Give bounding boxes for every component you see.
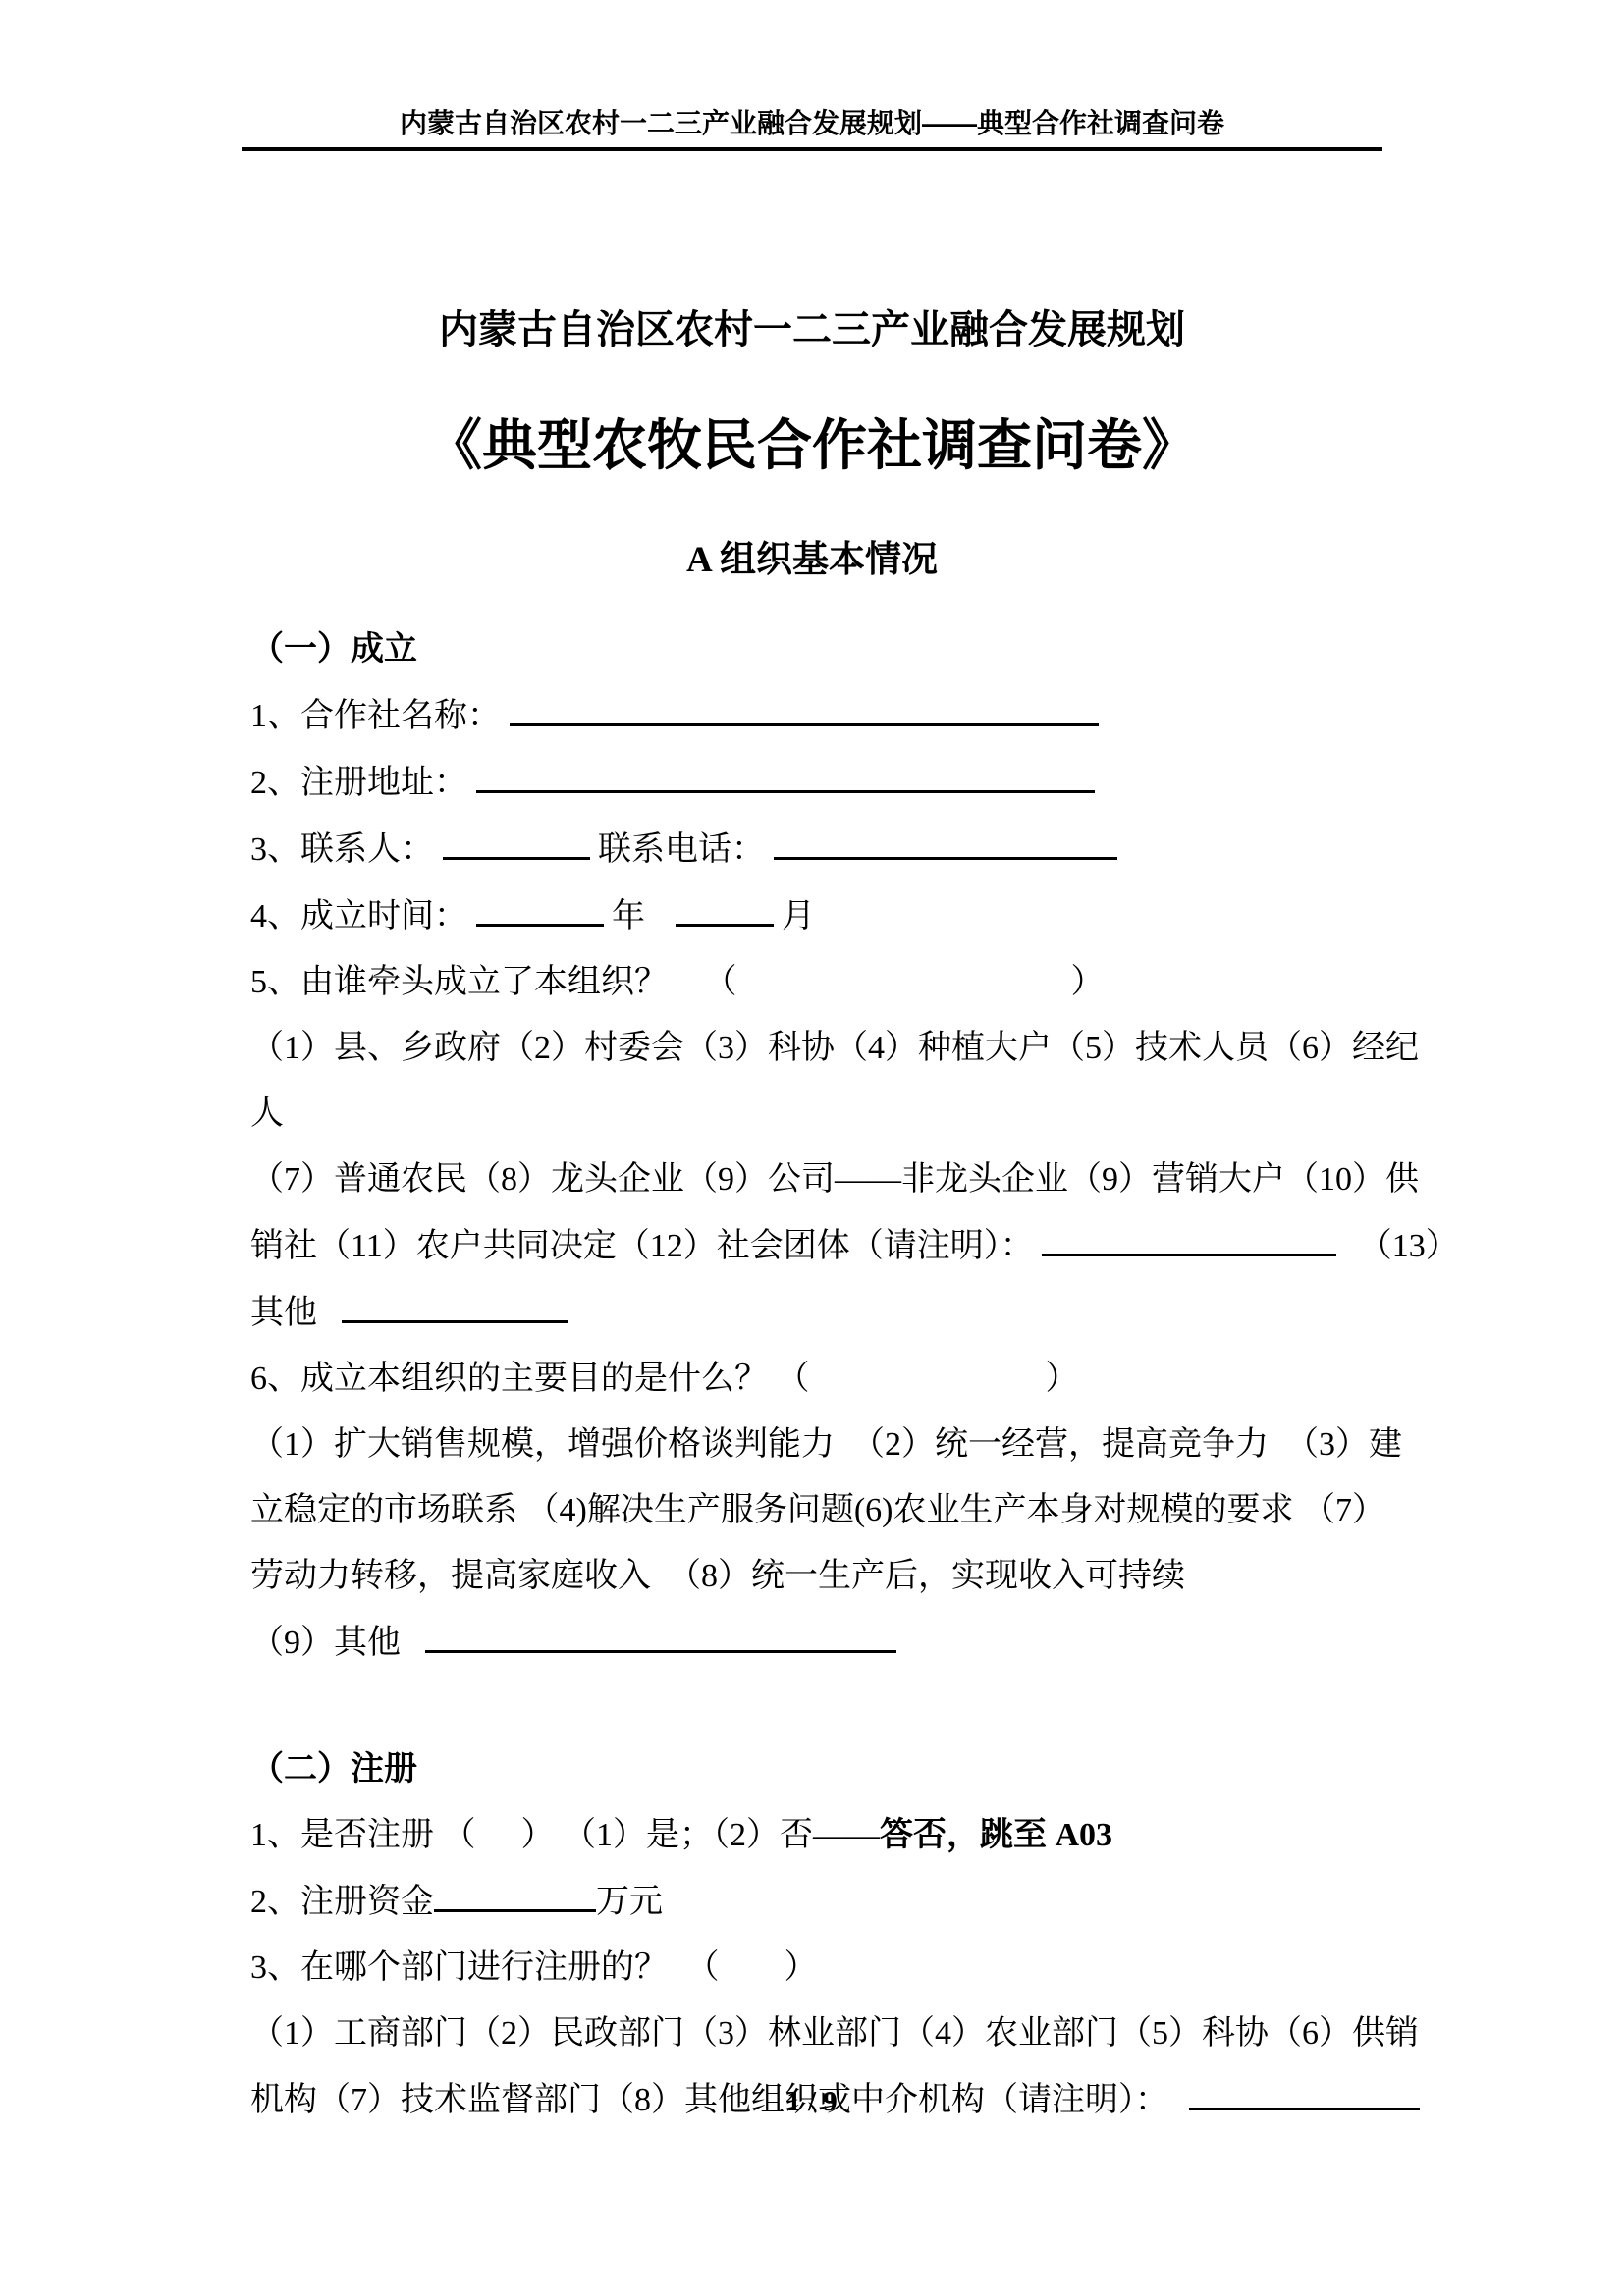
founding-year-blank[interactable]	[476, 882, 604, 927]
q6-option9: （9）其他	[250, 1609, 1381, 1676]
registered-address-blank[interactable]	[476, 749, 1095, 793]
paren-close: ）	[785, 1949, 818, 1986]
founding-date-label: 4、成立时间：	[250, 898, 467, 934]
question-registered-address: 2、注册地址：	[250, 749, 1381, 816]
paren-open: （	[686, 1949, 720, 1986]
q5-options-line5: 其他	[250, 1279, 1381, 1346]
q5-options-line1: （1）县、乡政府（2）村委会（3）科协（4）种植大户（5）技术人员（6）经纪	[250, 1015, 1381, 1081]
is-registered-options: （1）是；（2）否——	[563, 1817, 880, 1853]
cooperative-name-blank[interactable]	[510, 682, 1099, 726]
r3-options-line1: （1）工商部门（2）民政部门（3）林业部门（4）农业部门（5）科协（6）供销	[250, 2001, 1381, 2066]
q5-other-blank[interactable]	[342, 1279, 568, 1323]
paren-open: （	[704, 964, 737, 1000]
header-rule	[242, 147, 1382, 151]
paren-open: （	[443, 1817, 476, 1853]
q5-options-line2: 人	[250, 1081, 1381, 1147]
section-establish-heading: （一）成立	[250, 616, 1381, 682]
register-department-answer-parens[interactable]: （）	[686, 1949, 818, 1986]
question-5-answer-parens[interactable]: （）	[704, 964, 1105, 1000]
question-register-department: 3、在哪个部门进行注册的？ （）	[250, 1935, 1381, 2001]
q6-options-line2: 立稳定的市场联系 （4)解决生产服务问题(6)农业生产本身对规模的要求 （7）	[250, 1477, 1381, 1543]
page-number: 1 / 9	[0, 2086, 1624, 2118]
registered-address-label: 2、注册地址：	[250, 765, 467, 801]
q6-options-line1: （1）扩大销售规模，增强价格谈判能力 （2）统一经营，提高竞争力 （3）建	[250, 1412, 1381, 1477]
register-department-text: 3、在哪个部门进行注册的？	[250, 1949, 668, 1986]
question-registered-capital: 2、注册资金万元	[250, 1868, 1381, 1935]
q5-option13-text: （13）	[1359, 1228, 1459, 1264]
contact-phone-label: 联系电话：	[598, 831, 765, 868]
paren-close: ）	[1046, 1361, 1079, 1397]
section-a-title: A 组织基本情况	[0, 539, 1624, 582]
question-cooperative-name: 1、合作社名称：	[250, 682, 1381, 749]
document-page: 内蒙古自治区农村一二三产业融合发展规划——典型合作社调查问卷 内蒙古自治区农村一…	[0, 0, 1624, 2296]
is-registered-label: 1、是否注册	[250, 1817, 434, 1853]
q6-option9-label: （9）其他	[250, 1625, 401, 1661]
running-header: 内蒙古自治区农村一二三产业融合发展规划——典型合作社调查问卷	[0, 0, 1624, 139]
capital-unit-label: 万元	[596, 1884, 663, 1920]
year-label: 年	[612, 898, 645, 934]
contact-person-blank[interactable]	[443, 816, 590, 860]
questionnaire-title: 《典型农牧民合作社调查问卷》	[0, 412, 1624, 478]
q6-other-blank[interactable]	[425, 1609, 896, 1653]
q5-option12-specify-blank[interactable]	[1042, 1212, 1336, 1256]
skip-note: 答否，跳至 A03	[880, 1817, 1112, 1853]
section-register-heading: （二）注册	[250, 1736, 1381, 1802]
question-contact: 3、联系人： 联系电话：	[250, 816, 1381, 882]
question-6-answer-parens[interactable]: （）	[777, 1361, 1079, 1397]
cooperative-name-label: 1、合作社名称：	[250, 698, 501, 734]
founding-month-blank[interactable]	[676, 882, 774, 927]
plan-title: 内蒙古自治区农村一二三产业融合发展规划	[0, 306, 1624, 353]
question-5-initiator: 5、由谁牵头成立了本组织？ （）	[250, 949, 1381, 1015]
q5-options-line4: 销社（11）农户共同决定（12）社会团体（请注明）： （13）	[250, 1212, 1381, 1279]
contact-phone-blank[interactable]	[774, 816, 1117, 860]
registered-capital-label: 2、注册资金	[250, 1884, 434, 1920]
q6-options-line3: 劳动力转移，提高家庭收入 （8）统一生产后，实现收入可持续	[250, 1543, 1381, 1609]
question-5-text: 5、由谁牵头成立了本组织？	[250, 964, 668, 1000]
question-is-registered: 1、是否注册 （） （1）是；（2）否——答否，跳至 A03	[250, 1802, 1381, 1868]
questionnaire-body: （一）成立 1、合作社名称： 2、注册地址： 3、联系人： 联系电话： 4、成立…	[250, 616, 1381, 2133]
paren-close: ）	[1071, 964, 1105, 1000]
q5-option13-other-label: 其他	[250, 1295, 317, 1331]
q5-options-line3: （7）普通农民（8）龙头企业（9）公司——非龙头企业（9）营销大户（10）供	[250, 1147, 1381, 1212]
question-6-text: 6、成立本组织的主要目的是什么？	[250, 1361, 768, 1397]
contact-person-label: 3、联系人：	[250, 831, 434, 868]
question-founding-date: 4、成立时间： 年 月	[250, 882, 1381, 949]
registered-capital-blank[interactable]	[434, 1868, 596, 1912]
q5-option12-text: 销社（11）农户共同决定（12）社会团体（请注明）：	[250, 1228, 1034, 1264]
question-6-purpose: 6、成立本组织的主要目的是什么？ （）	[250, 1346, 1381, 1412]
blank-line	[250, 1676, 1381, 1736]
month-label: 月	[782, 898, 815, 934]
is-registered-answer-parens[interactable]: （）	[443, 1817, 555, 1853]
paren-open: （	[777, 1361, 810, 1397]
paren-close: ）	[521, 1817, 555, 1853]
